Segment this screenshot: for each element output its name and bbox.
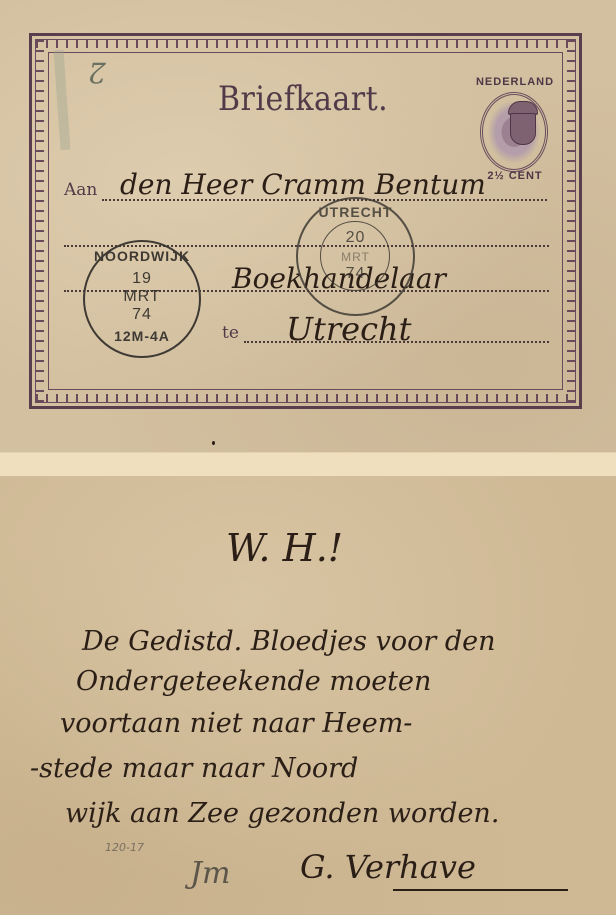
postmark-town: UTRECHT: [298, 204, 413, 220]
label-aan: Aan: [64, 180, 97, 200]
postmark-day: 20: [298, 229, 413, 246]
message-line-2: Ondergeteekende moeten: [76, 666, 431, 697]
postmark-year: 74: [298, 265, 413, 282]
coat-of-arms-icon: [480, 92, 548, 172]
pencil-initial: Jm: [190, 856, 230, 891]
pencil-mark: 2: [88, 56, 106, 89]
label-te: te: [222, 323, 239, 343]
message-line-5: wijk aan Zee gezonden worden.: [65, 798, 499, 829]
message-line-3: voortaan niet naar Heem-: [60, 708, 412, 739]
postcard-back: W. H.! De Gedistd. Bloedjes voor den Ond…: [0, 476, 616, 915]
salutation: W. H.!: [226, 526, 343, 570]
card-title: Briefkaart.: [218, 80, 388, 119]
postmark-noordwijk: NOORDWIJK 19 MRT 74 12M-4A: [83, 240, 201, 358]
handwritten-addressee: den Heer Cramm Bentum: [120, 168, 486, 201]
message-line-4: -stede maar naar Noord: [30, 753, 358, 784]
postmark-month: MRT: [298, 249, 413, 266]
postmark-time: 12M-4A: [85, 328, 199, 344]
signature-underline: [393, 889, 568, 891]
postmark-town: NOORDWIJK: [85, 248, 199, 264]
postmark-year: 74: [85, 306, 199, 323]
signature: G. Verhave: [300, 848, 476, 886]
postmark-utrecht: UTRECHT 20 MRT 74: [296, 197, 415, 316]
stamp-country: NEDERLAND: [470, 76, 560, 88]
postcard-front: 2 Briefkaart. NEDERLAND 2½ CENT Aan te d…: [0, 0, 616, 452]
postmark-day: 19: [85, 270, 199, 287]
catalog-number: 120-17: [105, 841, 144, 854]
image-separator: [0, 452, 616, 477]
ink-speck: [212, 441, 215, 445]
postmark-month: MRT: [85, 288, 199, 305]
shield-icon: [510, 113, 536, 145]
message-line-1: De Gedistd. Bloedjes voor den: [82, 626, 496, 657]
